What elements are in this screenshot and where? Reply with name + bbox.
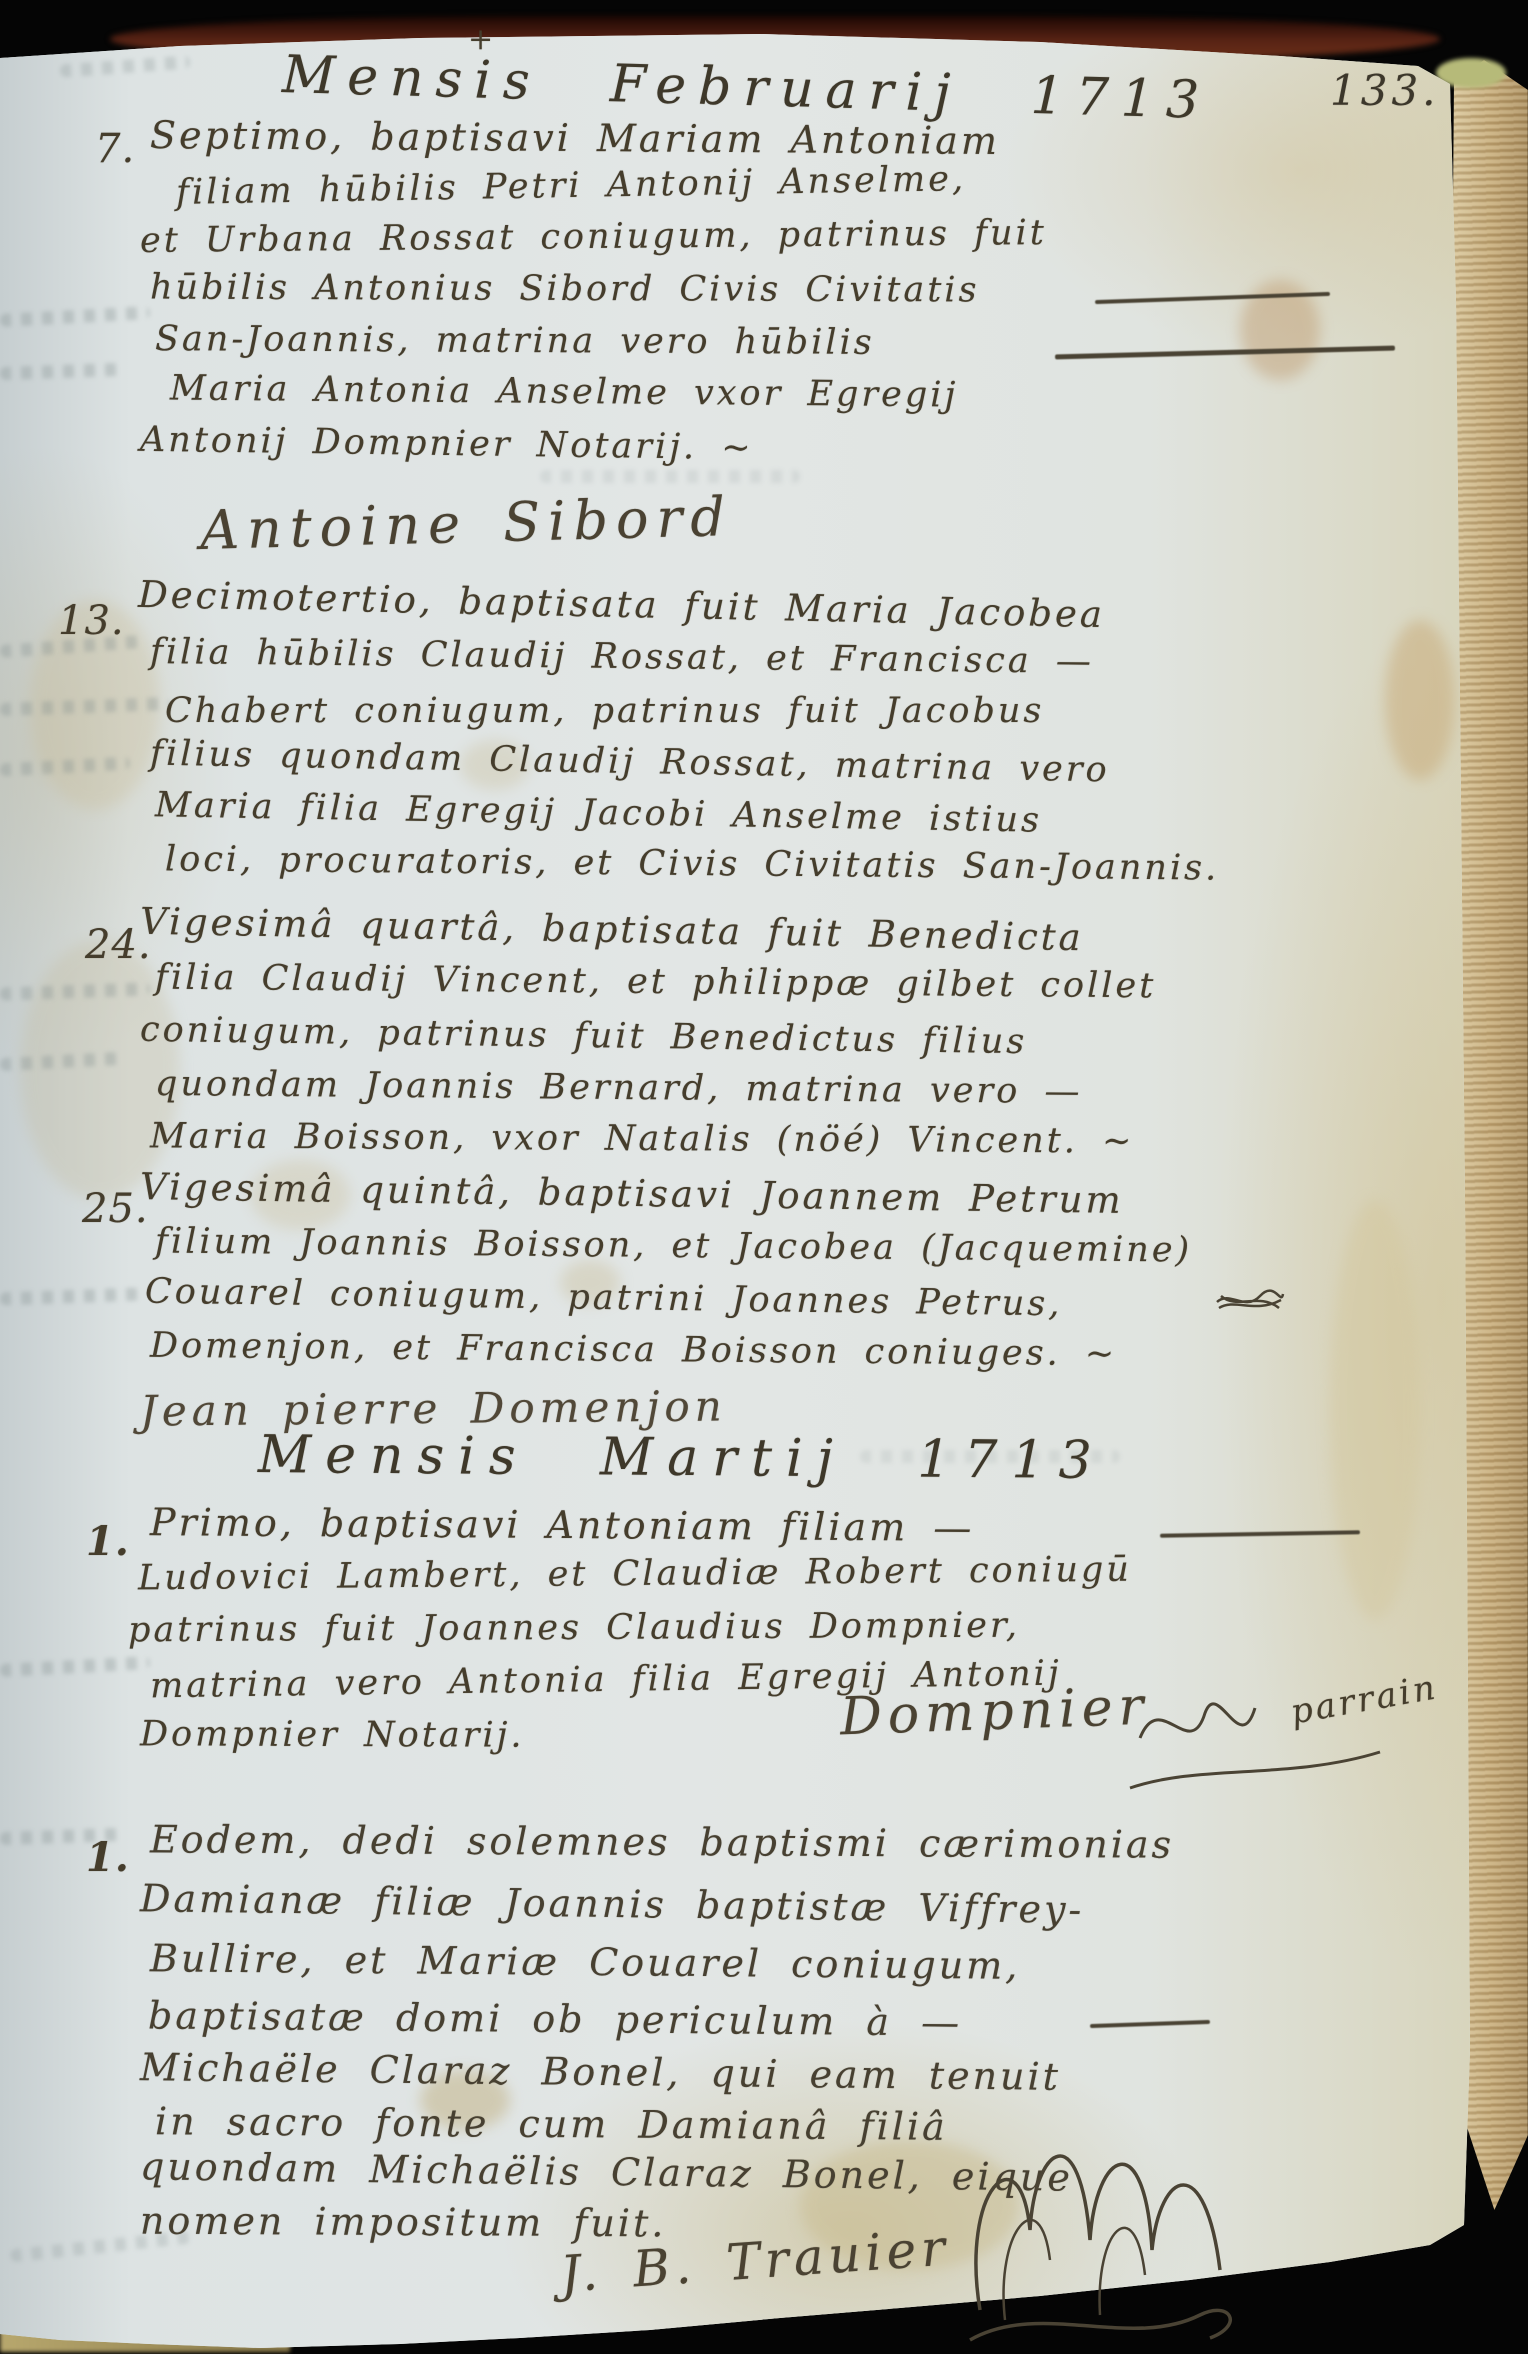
paper-stain: [1385, 620, 1455, 780]
signature-paraph-flourish: [950, 2090, 1260, 2350]
register-line: et Urbana Rossat coniugum, patrinus fuit: [140, 213, 1047, 261]
entry-day-number: 13.: [58, 598, 125, 644]
register-line: Chabert coniugum, patrinus fuit Jacobus: [165, 691, 1044, 731]
paper-stain: [1330, 1200, 1420, 1620]
ink-bleed-through: [540, 470, 800, 483]
register-line: patrinus fuit Joannes Claudius Dompnier,: [128, 1606, 1020, 1651]
register-line: hūbilis Antonius Sibord Civis Civitatis: [150, 268, 980, 311]
register-line: in sacro fonte cum Damianâ filiâ: [155, 2099, 948, 2149]
register-line: San-Joannis, matrina vero hūbilis: [155, 319, 875, 363]
entry-day-number: 1.: [86, 1518, 130, 1565]
register-line: baptisatæ domi ob periculum à —: [148, 1993, 962, 2044]
month-header-march: Mensis Martij 1713: [258, 1425, 1106, 1491]
register-line: Antonij Dompnier Notarij. ~: [140, 420, 754, 469]
register-line: Bullire, et Mariæ Couarel coniugum,: [150, 1936, 1021, 1988]
page-number: 133.: [1330, 66, 1440, 115]
register-line: Eodem, dedi solemnes baptismi cærimonias: [150, 1817, 1174, 1866]
manuscript-photo: 133. + Mensis Februarij 1713 7. Septimo,…: [0, 0, 1528, 2354]
register-line: nomen impositum fuit.: [140, 2199, 667, 2246]
entry-day-number: 7.: [95, 126, 135, 172]
register-line: Maria Boisson, vxor Natalis (nöé) Vincen…: [150, 1116, 1135, 1161]
register-line: Primo, baptisavi Antoniam filiam —: [150, 1500, 975, 1550]
crossed-out-word: [1215, 1282, 1285, 1318]
signature-dompnier: Dompnier: [839, 1677, 1150, 1748]
register-line: quondam Joannis Bernard, matrina vero —: [155, 1064, 1083, 1112]
register-line: Dompnier Notarij.: [140, 1714, 525, 1755]
register-line: Domenjon, et Francisca Boisson coniuges.…: [150, 1326, 1118, 1374]
entry-day-number: 1.: [86, 1834, 130, 1881]
entry-day-number: 25.: [82, 1186, 149, 1232]
register-line: Maria Antonia Anselme vxor Egregij: [170, 369, 959, 416]
register-line: Septimo, baptisavi Mariam Antoniam: [150, 113, 1000, 163]
